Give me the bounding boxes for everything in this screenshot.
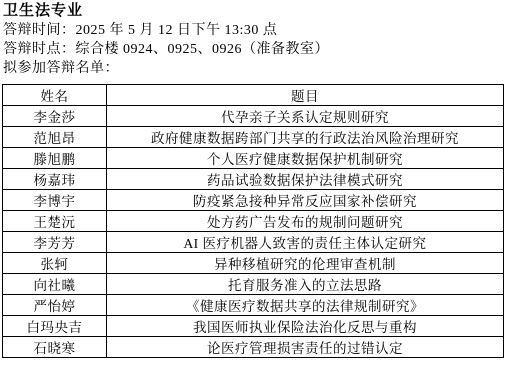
defense-roster-table: 姓名 题目 李金莎代孕亲子关系认定规则研究范旭昂政府健康数据跨部门共享的行政法治… [2,84,504,358]
thesis-title-cell: 代孕亲子关系认定规则研究 [107,106,504,127]
thesis-title-cell: 个人医疗健康数据保护机制研究 [107,148,504,169]
column-header-title: 题目 [107,85,504,106]
student-name-cell: 李博宇 [3,190,107,211]
table-row: 范旭昂政府健康数据跨部门共享的行政法治风险治理研究 [3,127,504,148]
student-name-cell: 滕旭鹏 [3,148,107,169]
roster-label-line: 拟参加答辩名单： [3,59,503,78]
table-row: 石晓寒论医疗管理损害责任的过错认定 [3,337,504,358]
defense-time-line: 答辩时间：2025 年 5 月 12 日下午 13:30 点 [3,21,503,40]
thesis-title-cell: 药品试验数据保护法律模式研究 [107,169,504,190]
student-name-cell: 张轲 [3,253,107,274]
page-title: 卫生法专业 [3,2,503,21]
student-name-cell: 向社曦 [3,274,107,295]
thesis-title-cell: 我国医师执业保险法治化反思与重构 [107,316,504,337]
student-name-cell: 李金莎 [3,106,107,127]
table-row: 严怡婷《健康医疗数据共享的法律规制研究》 [3,295,504,316]
thesis-title-cell: 论医疗管理损害责任的过错认定 [107,337,504,358]
table-row: 王楚沅处方药广告发布的规制问题研究 [3,211,504,232]
thesis-title-cell: 防疫紧急接种异常反应国家补偿研究 [107,190,504,211]
table-row: 张轲异种移植研究的伦理审查机制 [3,253,504,274]
thesis-title-cell: 《健康医疗数据共享的法律规制研究》 [107,295,504,316]
table-row: 李芳芳AI 医疗机器人致害的责任主体认定研究 [3,232,504,253]
student-name-cell: 杨嘉玮 [3,169,107,190]
thesis-title-cell: 异种移植研究的伦理审查机制 [107,253,504,274]
thesis-title-cell: 托育服务准入的立法思路 [107,274,504,295]
student-name-cell: 白玛央吉 [3,316,107,337]
table-row: 向社曦托育服务准入的立法思路 [3,274,504,295]
table-row: 白玛央吉我国医师执业保险法治化反思与重构 [3,316,504,337]
student-name-cell: 石晓寒 [3,337,107,358]
thesis-title-cell: AI 医疗机器人致害的责任主体认定研究 [107,232,504,253]
table-row: 李博宇防疫紧急接种异常反应国家补偿研究 [3,190,504,211]
table-header-row: 姓名 题目 [3,85,504,106]
defense-table-body: 李金莎代孕亲子关系认定规则研究范旭昂政府健康数据跨部门共享的行政法治风险治理研究… [3,106,504,358]
student-name-cell: 严怡婷 [3,295,107,316]
student-name-cell: 李芳芳 [3,232,107,253]
column-header-name: 姓名 [3,85,107,106]
defense-location-line: 答辩时点：综合楼 0924、0925、0926（准备教室） [3,40,503,59]
thesis-title-cell: 政府健康数据跨部门共享的行政法治风险治理研究 [107,127,504,148]
table-row: 滕旭鹏个人医疗健康数据保护机制研究 [3,148,504,169]
student-name-cell: 范旭昂 [3,127,107,148]
document-page: 卫生法专业 答辩时间：2025 年 5 月 12 日下午 13:30 点 答辩时… [0,0,506,358]
table-row: 杨嘉玮药品试验数据保护法律模式研究 [3,169,504,190]
table-row: 李金莎代孕亲子关系认定规则研究 [3,106,504,127]
thesis-title-cell: 处方药广告发布的规制问题研究 [107,211,504,232]
student-name-cell: 王楚沅 [3,211,107,232]
